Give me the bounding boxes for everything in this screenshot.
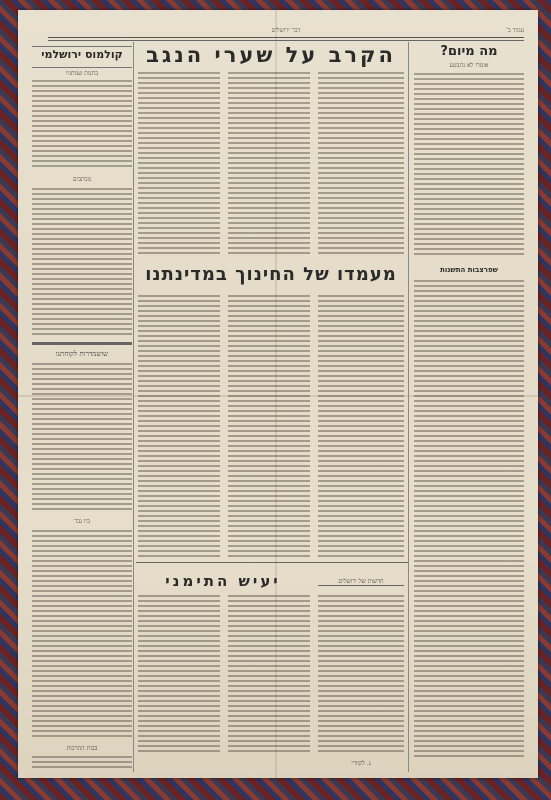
newspaper-page: דבר ירושלים עמוד ב' מה מיום? אומרו לא נת… [18,10,538,778]
left-subhead-1: בתנות שמחניו [32,70,132,77]
left-subhead-2: מכתבים [32,176,132,183]
masthead-title: דבר ירושלים [271,27,300,34]
masthead: דבר ירושלים עמוד ב' [48,25,524,38]
article-text-main-col3 [138,72,220,257]
headline-right-lower: שפרצבות התשנות [414,266,524,274]
yemenite-headline: יעיש התימני [148,572,298,590]
jerusalem-news-text [318,595,404,755]
headline-right-column: מה מיום? [414,44,524,59]
left-text-4 [32,530,132,740]
education-text-col2 [228,295,310,557]
left-text-3 [32,363,132,513]
yemenite-text-col2 [138,595,220,755]
byline-right-column: אומרו לא נתבטע [414,62,524,69]
left-text-2 [32,188,132,338]
page-number: עמוד ב' [506,27,524,34]
column-divider [133,42,134,772]
jerusalem-news-title: חדשות של ירושלים [318,578,404,586]
left-subhead-5: בבות התרכות [32,745,132,752]
left-column-title: קולמוס ירושלמי [32,48,132,61]
education-text-col3 [138,295,220,557]
top-rule [48,40,524,41]
education-text-col1 [318,295,404,557]
education-headline: מעמדו של החינוך במדינתנו [136,264,406,285]
article-text-main-col1 [318,72,404,257]
yemenite-text-col1 [228,595,310,755]
left-subhead-4: ביו נבר [32,518,132,525]
left-text-5 [32,756,132,771]
signature: ג. לקוורי [318,760,404,767]
article-text-main-col2 [228,72,310,257]
left-text-1 [32,80,132,170]
left-section-rule [32,342,132,345]
article-text-right [414,73,524,258]
left-subhead-3: שושמדרות לקוחתנו [32,350,132,358]
article-text-right-lower [414,280,524,760]
section-rule [136,562,408,563]
main-headline: הקרב על שערי הנגב [136,43,406,67]
column-divider [408,42,409,772]
